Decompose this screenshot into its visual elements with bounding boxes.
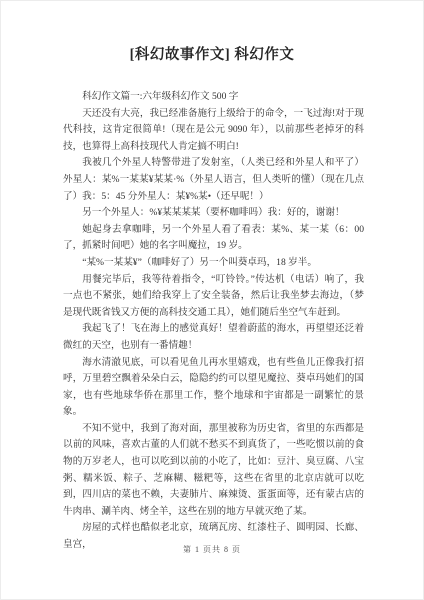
page-number: 第 1 页共 8 页: [1, 544, 423, 555]
document-body: 科幻作文篇一:六年级科幻作文 500 字 天还没有大亮，我已经准备施行上级给于的…: [63, 89, 364, 554]
paragraph: 不知不觉中，我到了海对面，那里被称为历史省，省里的东西都是以前的风味，喜欢古董的…: [63, 421, 364, 521]
paragraph: 用餐完毕后，我等待着指令，“叮铃铃。”传达机（电话）响了，我一点也不紧张，她们给…: [63, 272, 364, 322]
paragraph: “某%一某某¥”（咖啡好了）另一个叫葵卓玛，18 岁半。: [63, 255, 364, 272]
paragraph: 我起飞了！飞在海上的感觉真好！望着蔚蓝的海水，再望望还泛着微红的天空，也别有一番…: [63, 321, 364, 354]
paragraph: 我被几个外星人特警带进了发射室，（人类已经和外星人和平了）外星人：某%一某某¥某…: [63, 155, 364, 205]
paragraph: 海水清澈见底，可以看见鱼儿再水里嬉戏，也有些鱼儿正像我打招呼，万里碧空飘着朵朵白…: [63, 355, 364, 421]
paragraph: 另一个外星人：%¥某某某某（要杯咖啡吗）我：好的，谢谢！: [63, 205, 364, 222]
page-title: [科幻故事作文] 科幻作文: [1, 43, 423, 64]
paragraph: 天还没有大亮，我已经准备施行上级给于的命令，一飞过海!对于现代科技，这肯定很简单…: [63, 106, 364, 156]
paragraph: 她起身去拿咖啡，另一个外星人看了看表：某%、某一某（6：00 了，抓紧时间吧）她…: [63, 222, 364, 255]
paragraph: 科幻作文篇一:六年级科幻作文 500 字: [63, 89, 364, 106]
document-page: [科幻故事作文] 科幻作文 科幻作文篇一:六年级科幻作文 500 字 天还没有大…: [0, 0, 424, 600]
